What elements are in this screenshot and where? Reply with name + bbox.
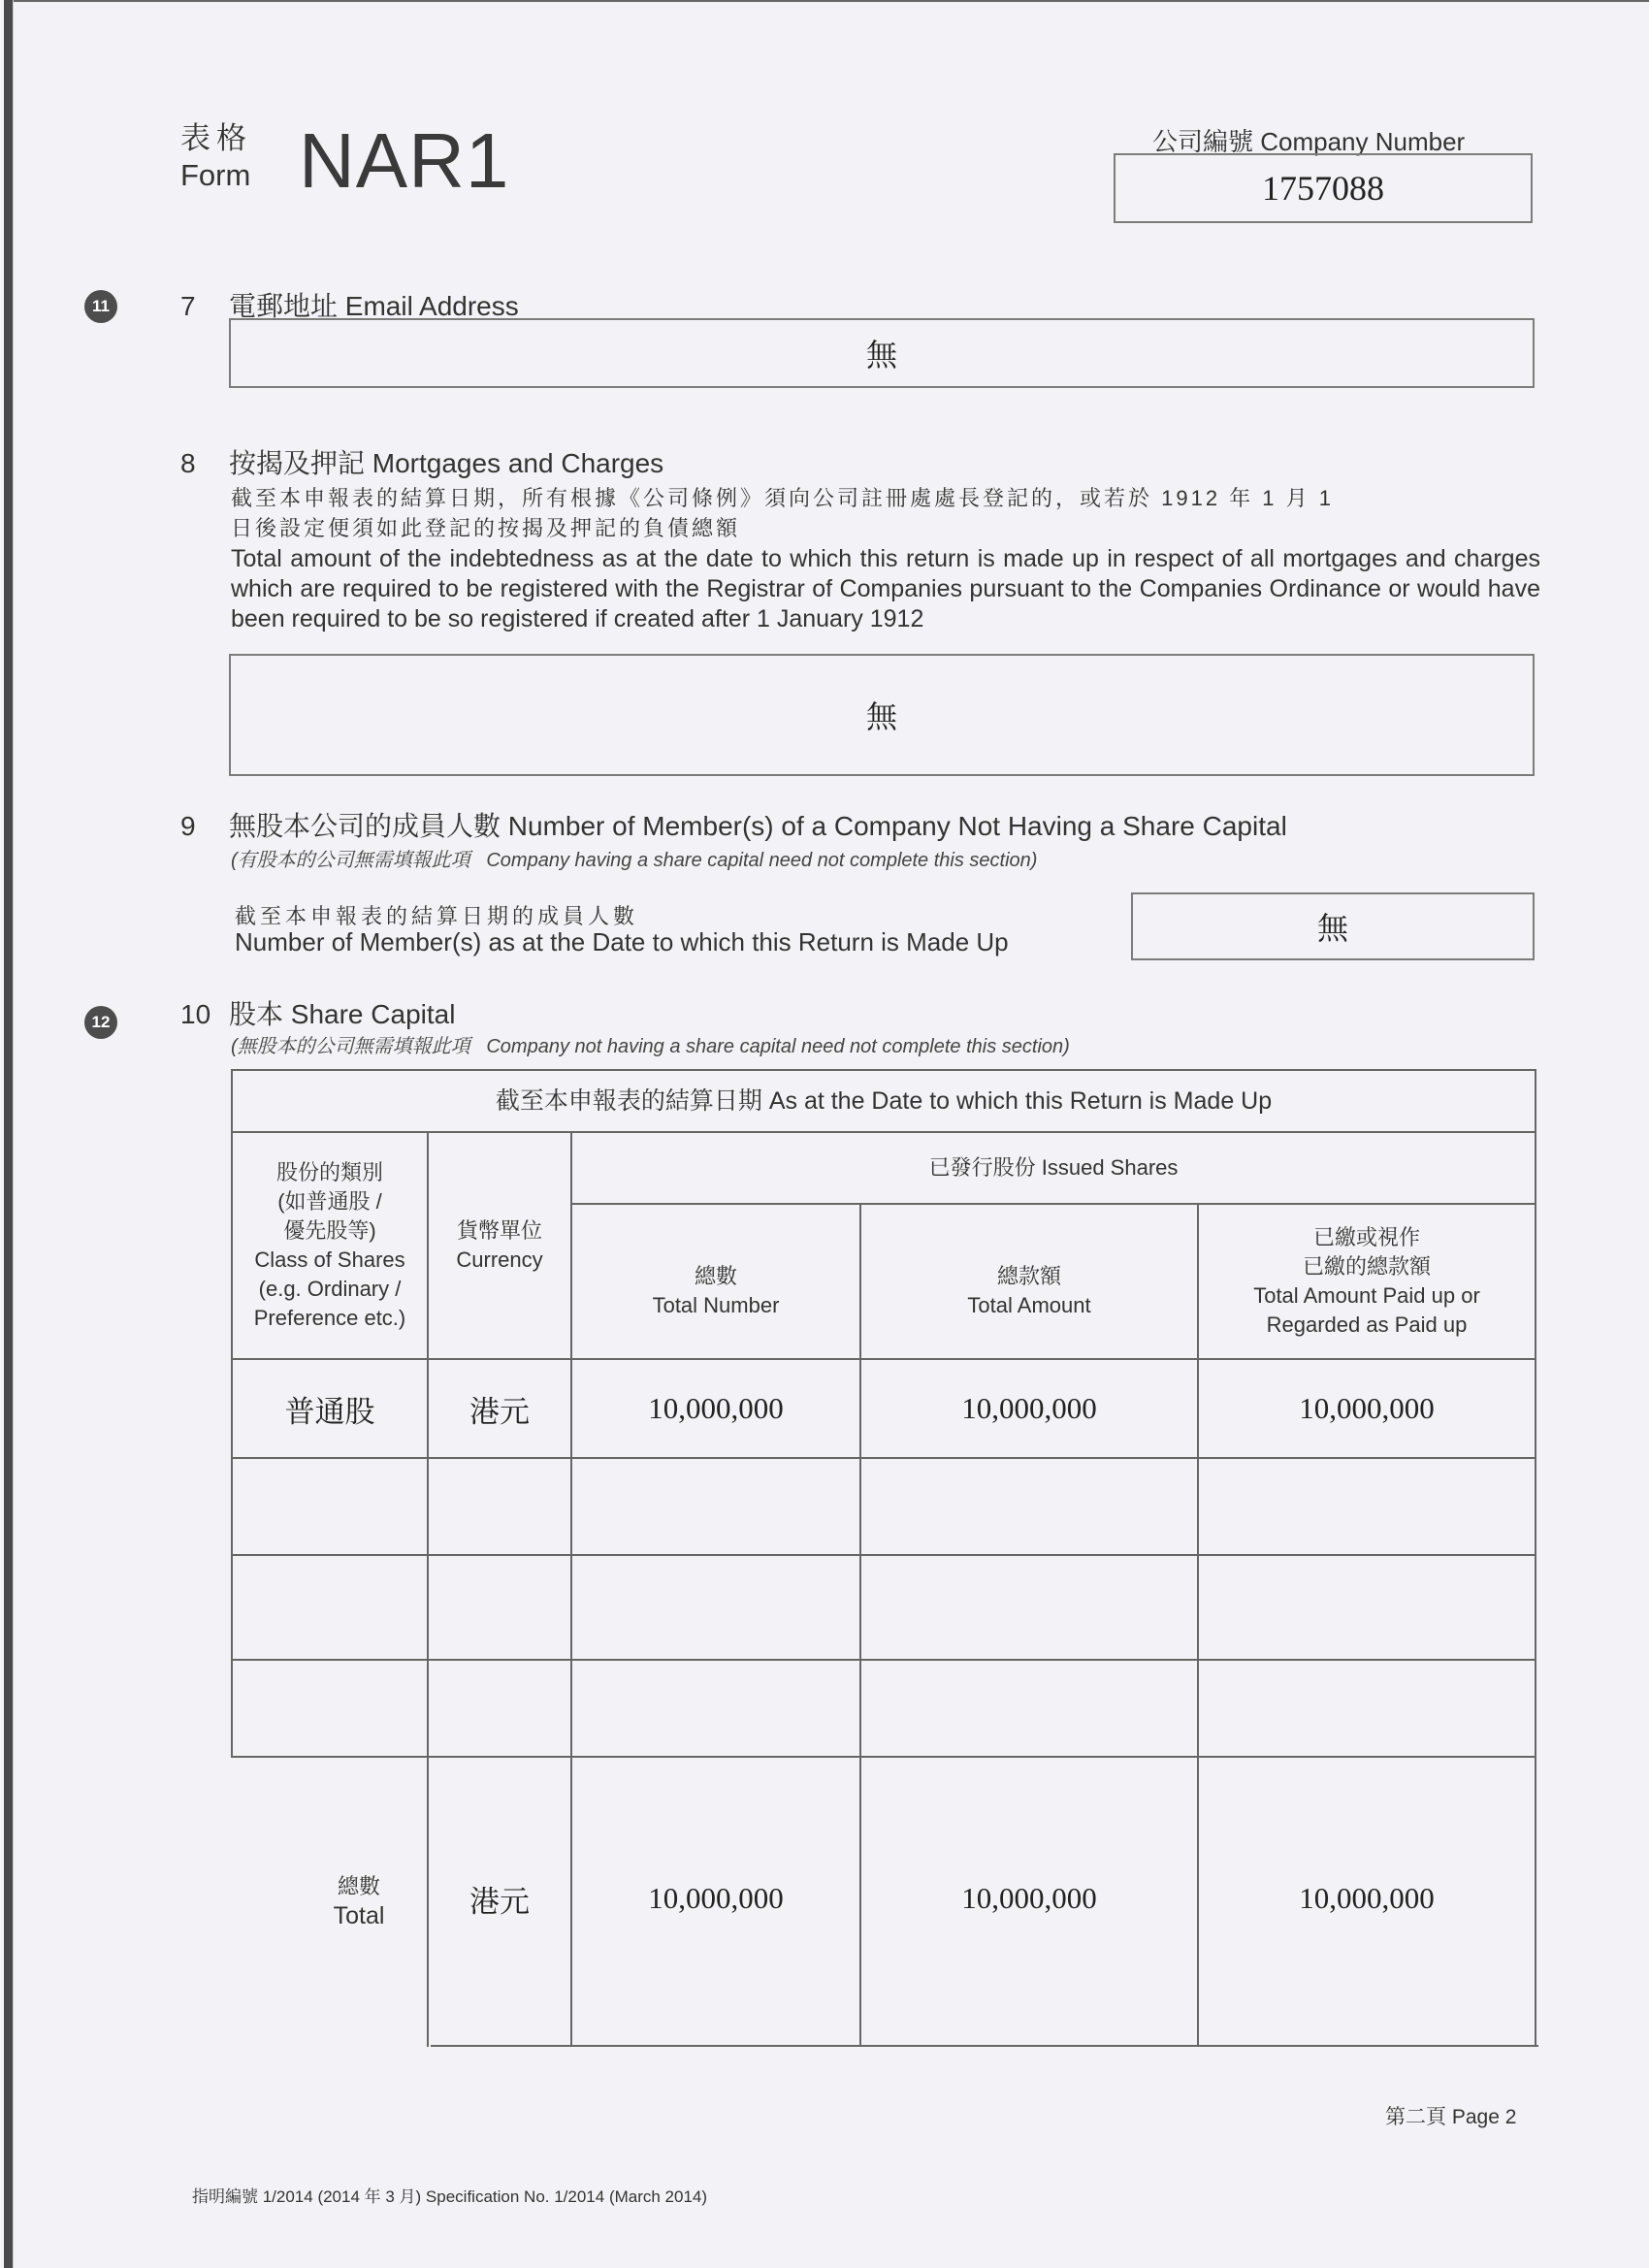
table-cell-currency[interactable]: [429, 1661, 570, 1756]
table-cell-total-number[interactable]: 10,000,000: [572, 1360, 859, 1457]
table-cell-total-amount[interactable]: 10,000,000: [861, 1360, 1197, 1457]
company-number-field[interactable]: 1757088: [1114, 153, 1533, 223]
scan-edge-top: [14, 0, 1649, 2]
column-header-total-number: 總數 Total Number: [572, 1205, 859, 1358]
members-count-value: 無: [1317, 904, 1348, 949]
section-10-note: (無股本的公司無需填報此項 Company not having a share…: [231, 1030, 1070, 1058]
form-label: 表格 Form: [180, 120, 252, 194]
column-header-class-of-shares: 股份的類別 (如普通股 / 優先股等) Class of Shares (e.g…: [233, 1133, 427, 1358]
section-10-title: 10股本 Share Capital: [180, 993, 455, 1032]
table-cell-class-of-shares[interactable]: [233, 1556, 427, 1659]
members-count-field[interactable]: 無: [1131, 892, 1535, 960]
table-cell-total-paid-up[interactable]: [1199, 1459, 1535, 1554]
section-9-title: 9無股本公司的成員人數 Number of Member(s) of a Com…: [180, 805, 1287, 844]
table-cell-total-paid-up[interactable]: 10,000,000: [1199, 1360, 1535, 1457]
table-cell-class-of-shares[interactable]: 普通股: [233, 1360, 427, 1457]
total-paid-up-field[interactable]: 10,000,000: [1199, 1758, 1535, 2039]
issued-shares-header: 已發行股份 Issued Shares: [572, 1133, 1535, 1203]
mortgages-charges-value: 無: [866, 693, 897, 737]
form-code: NAR1: [299, 116, 509, 206]
form-label-en: Form: [180, 157, 252, 194]
company-number-value: 1757088: [1262, 168, 1384, 209]
table-cell-total-number[interactable]: [572, 1661, 859, 1756]
page-number: 第二頁 Page 2: [1385, 2101, 1516, 2130]
table-cell-currency[interactable]: [429, 1459, 570, 1554]
table-cell-total-paid-up[interactable]: [1199, 1556, 1535, 1659]
table-cell-currency[interactable]: [429, 1556, 570, 1659]
table-cell-currency[interactable]: 港元: [429, 1360, 570, 1457]
specification-number: 指明編號 1/2014 (2014 年 3 月) Specification N…: [192, 2183, 707, 2207]
total-currency-field[interactable]: 港元: [429, 1758, 570, 2039]
form-label-zh: 表格: [180, 120, 252, 157]
section-8-desc-zh: 截至本申報表的結算日期，所有根據《公司條例》須向公司註冊處處長登記的，或若於 1…: [231, 483, 1540, 543]
total-label: 總數 Total: [291, 1758, 427, 2045]
total-amount-field[interactable]: 10,000,000: [861, 1758, 1197, 2039]
column-header-total-paid-up: 已繳或視作 已繳的總款額 Total Amount Paid up or Reg…: [1199, 1205, 1535, 1358]
members-label-zh: 截至本申報表的結算日期的成員人數: [235, 900, 638, 930]
table-cell-class-of-shares[interactable]: [233, 1661, 427, 1756]
section-7-number: 7: [180, 291, 229, 322]
column-header-total-amount: 總款額 Total Amount: [861, 1205, 1197, 1358]
email-address-value: 無: [866, 331, 897, 375]
section-9-note: (有股本的公司無需填報此項 Company having a share cap…: [231, 844, 1037, 872]
email-address-field[interactable]: 無: [229, 318, 1535, 388]
table-cell-total-number[interactable]: [572, 1556, 859, 1659]
marker-12: 12: [84, 1006, 117, 1039]
table-cell-total-paid-up[interactable]: [1199, 1661, 1535, 1756]
table-cell-total-amount[interactable]: [861, 1459, 1197, 1554]
scan-edge: [0, 0, 14, 2268]
members-label-en: Number of Member(s) as at the Date to wh…: [235, 927, 1009, 957]
table-caption: 截至本申報表的結算日期 As at the Date to which this…: [233, 1071, 1535, 1131]
table-cell-total-amount[interactable]: [861, 1661, 1197, 1756]
total-number-field[interactable]: 10,000,000: [572, 1758, 859, 2039]
section-8-title: 8按揭及押記 Mortgages and Charges: [180, 442, 663, 481]
section-8-desc-en: Total amount of the indebtedness as at t…: [231, 544, 1540, 634]
table-cell-total-number[interactable]: [572, 1459, 859, 1554]
section-9-number: 9: [180, 811, 229, 842]
marker-11: 11: [84, 290, 117, 323]
table-cell-class-of-shares[interactable]: [233, 1459, 427, 1554]
section-8-number: 8: [180, 448, 229, 479]
mortgages-charges-field[interactable]: 無: [229, 654, 1535, 776]
section-10-number: 10: [180, 999, 229, 1030]
column-header-currency: 貨幣單位 Currency: [429, 1133, 570, 1358]
table-cell-total-amount[interactable]: [861, 1556, 1197, 1659]
